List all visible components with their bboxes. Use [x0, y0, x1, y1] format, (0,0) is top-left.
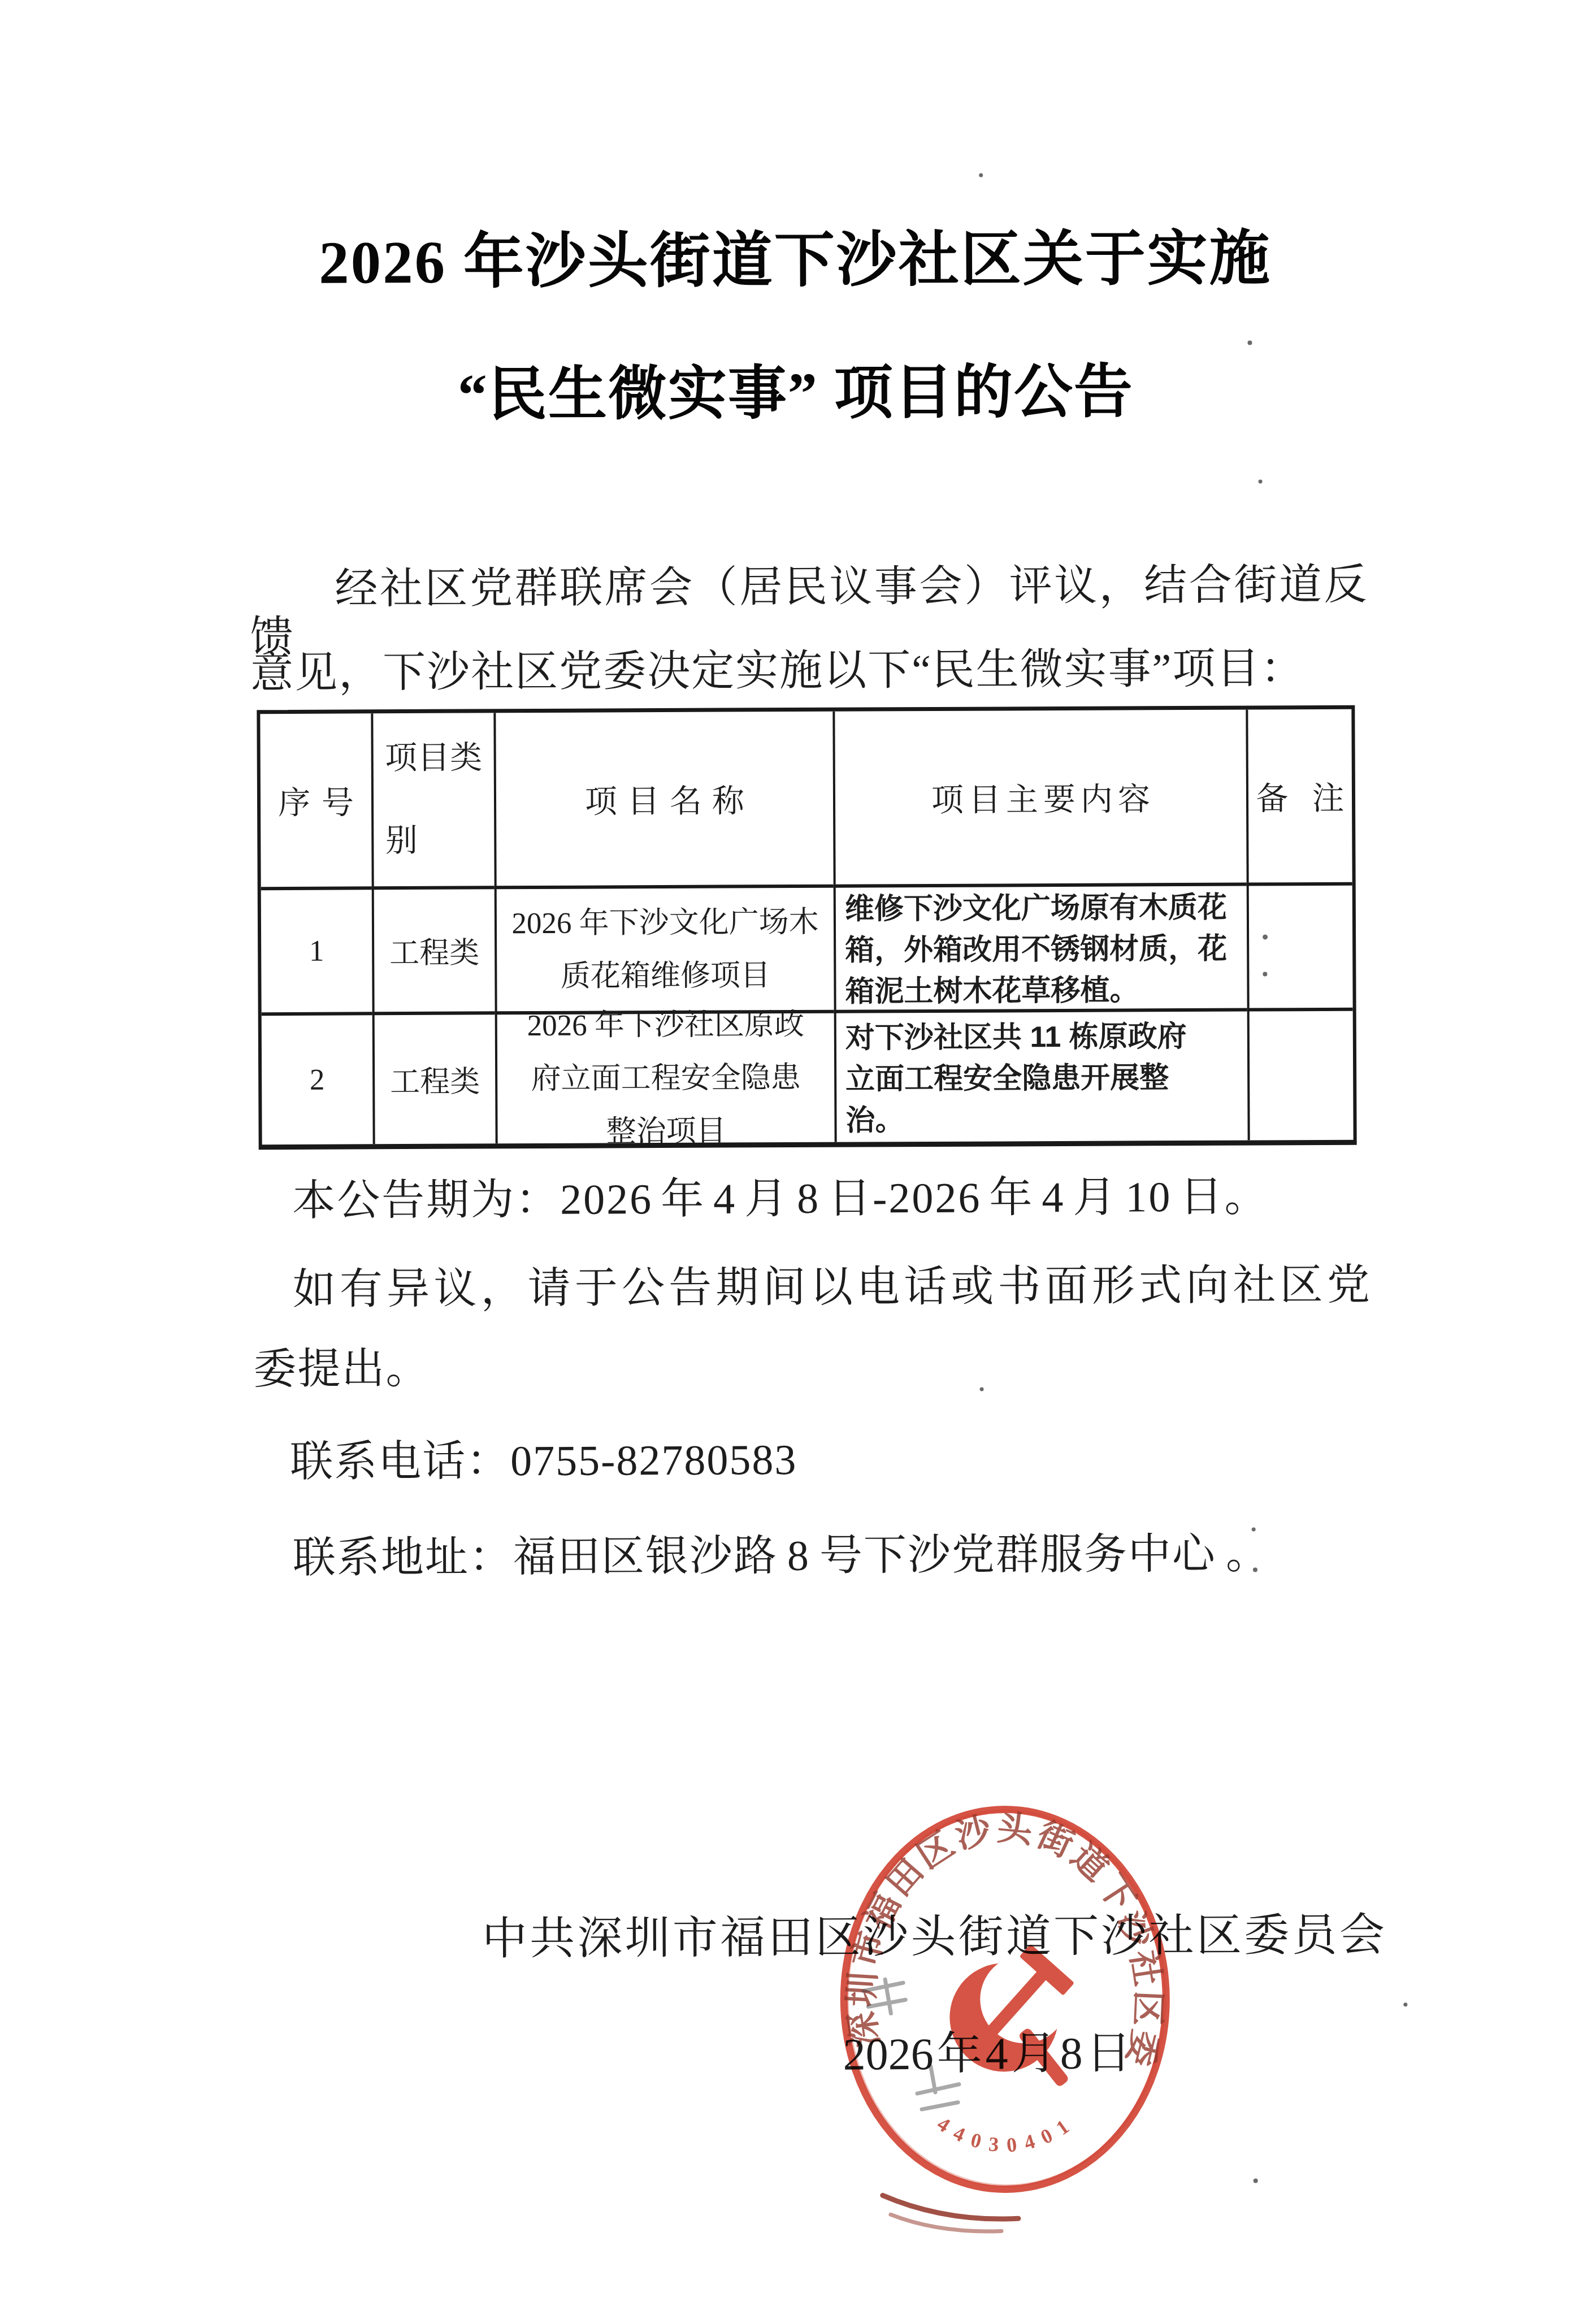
- table-row2-project-name: 2026 年下沙社区原政 府立面工程安全隐患 整治项目: [495, 1010, 835, 1144]
- col-header-no-label: 序号: [278, 777, 365, 823]
- col-header-name: 项目名称: [493, 712, 833, 886]
- table-row2-project-content: 对下沙社区共 11 栋原政府 立面工程安全隐患开展整 治。: [834, 1008, 1248, 1142]
- scan-speck: [1263, 934, 1268, 939]
- objection-line1: 如有异议，请于公告期间以电话或书面形式向社区党: [253, 1262, 1371, 1314]
- col-header-category: 项目类别: [371, 713, 494, 886]
- col-header-remark-label: 备注: [1256, 773, 1368, 820]
- row1-name-line2: 质花箱维修项目: [561, 949, 770, 1003]
- notice-period-line: 本公告期为：2026 年 4 月 8 日-2026 年 4 月 10 日。: [253, 1173, 1269, 1225]
- scan-speck: [1403, 2002, 1407, 2006]
- row1-content-line3: 箱泥土树木花草移植。: [845, 970, 1139, 1012]
- row2-content-line3: 治。: [845, 1100, 904, 1141]
- row2-content-line2: 立面工程安全隐患开展整: [845, 1057, 1169, 1100]
- contact-phone-line: 联系电话：0755-82780583: [254, 1437, 797, 1486]
- col-header-content: 项目主要内容: [832, 710, 1246, 885]
- row1-content-line1: 维修下沙文化广场原有木质花: [845, 887, 1227, 930]
- row2-name-line3: 整治项目: [606, 1105, 726, 1159]
- document-sheet: 2026 年沙头街道下沙社区关于实施 “民生微实事” 项目的公告 经社区党群联席…: [0, 0, 1596, 2315]
- table-row1-no: 1: [261, 886, 372, 1012]
- scan-speck: [1253, 1567, 1257, 1572]
- notice-title-line1: 2026 年沙头街道下沙社区关于实施: [0, 225, 1593, 298]
- table-row2-remark: [1247, 1008, 1354, 1141]
- table-row1-project-content: 维修下沙文化广场原有木质花 箱，外箱改用不锈钢材质，花 箱泥土树木花草移植。: [834, 883, 1247, 1010]
- table-row1-category: 工程类: [372, 886, 495, 1012]
- projects-table: 序号 项目类别 项目名称 项目主要内容 备注 1 工程类 2026 年下沙文化广…: [257, 705, 1356, 1150]
- scanned-notice-page: 2026 年沙头街道下沙社区关于实施 “民生微实事” 项目的公告 经社区党群联席…: [0, 0, 1596, 2315]
- row1-name-line1: 2026 年下沙文化广场木: [511, 896, 819, 950]
- scan-speck: [980, 1388, 984, 1391]
- official-seal-stamp: 深圳市福田区沙头街道下沙社区委员会 44030401: [830, 1798, 1194, 2247]
- col-header-content-label: 项目主要内容: [931, 773, 1155, 821]
- party-emblem-icon: [949, 1944, 1075, 2088]
- objection-line2: 委提出。: [253, 1346, 430, 1394]
- scan-speck: [979, 174, 983, 177]
- row2-name-line2: 府立面工程安全隐患: [531, 1051, 800, 1106]
- row2-content-line1: 对下沙社区共 11 栋原政府: [845, 1016, 1187, 1059]
- seal-serial-number: 44030401: [933, 2110, 1081, 2157]
- table-row2-no: 2: [262, 1012, 373, 1145]
- notice-title-line2: “民生微实事” 项目的公告: [0, 358, 1594, 430]
- table-row2-category: 工程类: [372, 1011, 496, 1144]
- contact-address-line: 联系地址：福田区银沙路 8 号下沙党群服务中心 。: [254, 1531, 1270, 1582]
- scan-speck: [1247, 340, 1252, 345]
- table-row1-project-name: 2026 年下沙文化广场木 质花箱维修项目: [495, 885, 834, 1012]
- scan-speck: [1254, 2178, 1258, 2183]
- col-header-no: 序号: [260, 713, 371, 887]
- col-header-category-label: 项目类别: [385, 717, 483, 882]
- scan-speck: [1263, 972, 1267, 976]
- scan-speck: [1259, 479, 1263, 483]
- col-header-name-label: 项目名称: [585, 775, 754, 822]
- scan-speck: [1252, 1527, 1256, 1531]
- col-header-remark: 备注: [1246, 709, 1352, 883]
- table-row1-remark: [1247, 882, 1353, 1008]
- row2-name-line1: 2026 年下沙社区原政: [527, 998, 804, 1052]
- intro-paragraph-line2: 意见，下沙社区党委决定实施以下“民生微实事”项目：: [250, 645, 1305, 697]
- row1-content-line2: 箱，外箱改用不锈钢材质，花: [845, 928, 1227, 971]
- seal-smudge-strokes: [883, 2195, 1018, 2231]
